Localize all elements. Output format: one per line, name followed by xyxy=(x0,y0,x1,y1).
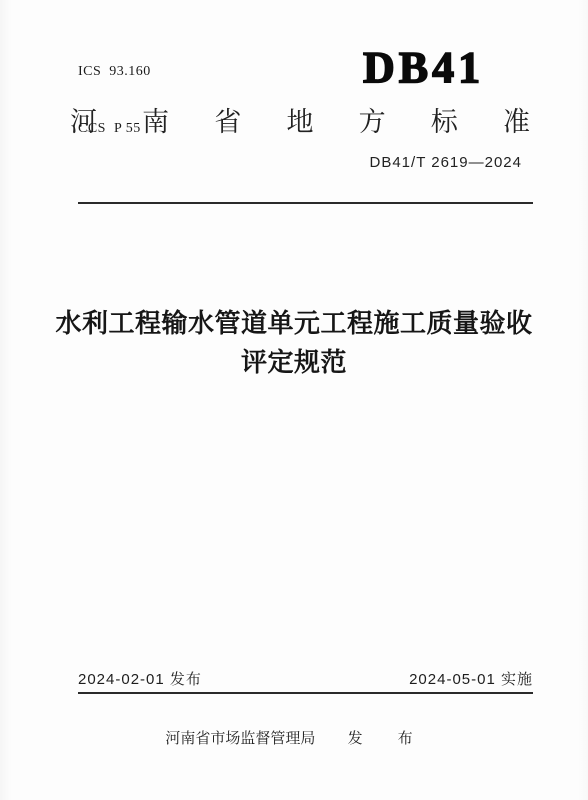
issue-date: 2024-02-01 发布 xyxy=(78,671,202,689)
publish-label: 发 布 xyxy=(348,729,423,749)
document-title-line1: 水利工程输水管道单元工程施工质量验收 xyxy=(0,304,588,343)
db41-logo: DB41 xyxy=(363,48,484,88)
footer-divider-line xyxy=(78,692,533,694)
ics-code: ICS 93.160 xyxy=(78,62,151,81)
publisher-row: 河南省市场监督管理局 发 布 xyxy=(0,729,588,749)
document-title-line2: 评定规范 xyxy=(0,343,588,382)
header-divider-line xyxy=(78,202,533,204)
implement-date: 2024-05-01 实施 xyxy=(409,671,533,689)
dates-row: 2024-02-01 发布 2024-05-01 实施 xyxy=(78,671,533,689)
standard-type-heading: 河南省地方标准 xyxy=(70,104,530,140)
document-title: 水利工程输水管道单元工程施工质量验收 评定规范 xyxy=(0,304,588,382)
standard-cover-page: ICS 93.160 CCS P 55 DB41 河南省地方标准 DB41/T … xyxy=(0,0,588,800)
publisher-name: 河南省市场监督管理局 xyxy=(165,730,315,747)
standard-number: DB41/T 2619—2024 xyxy=(78,154,522,171)
